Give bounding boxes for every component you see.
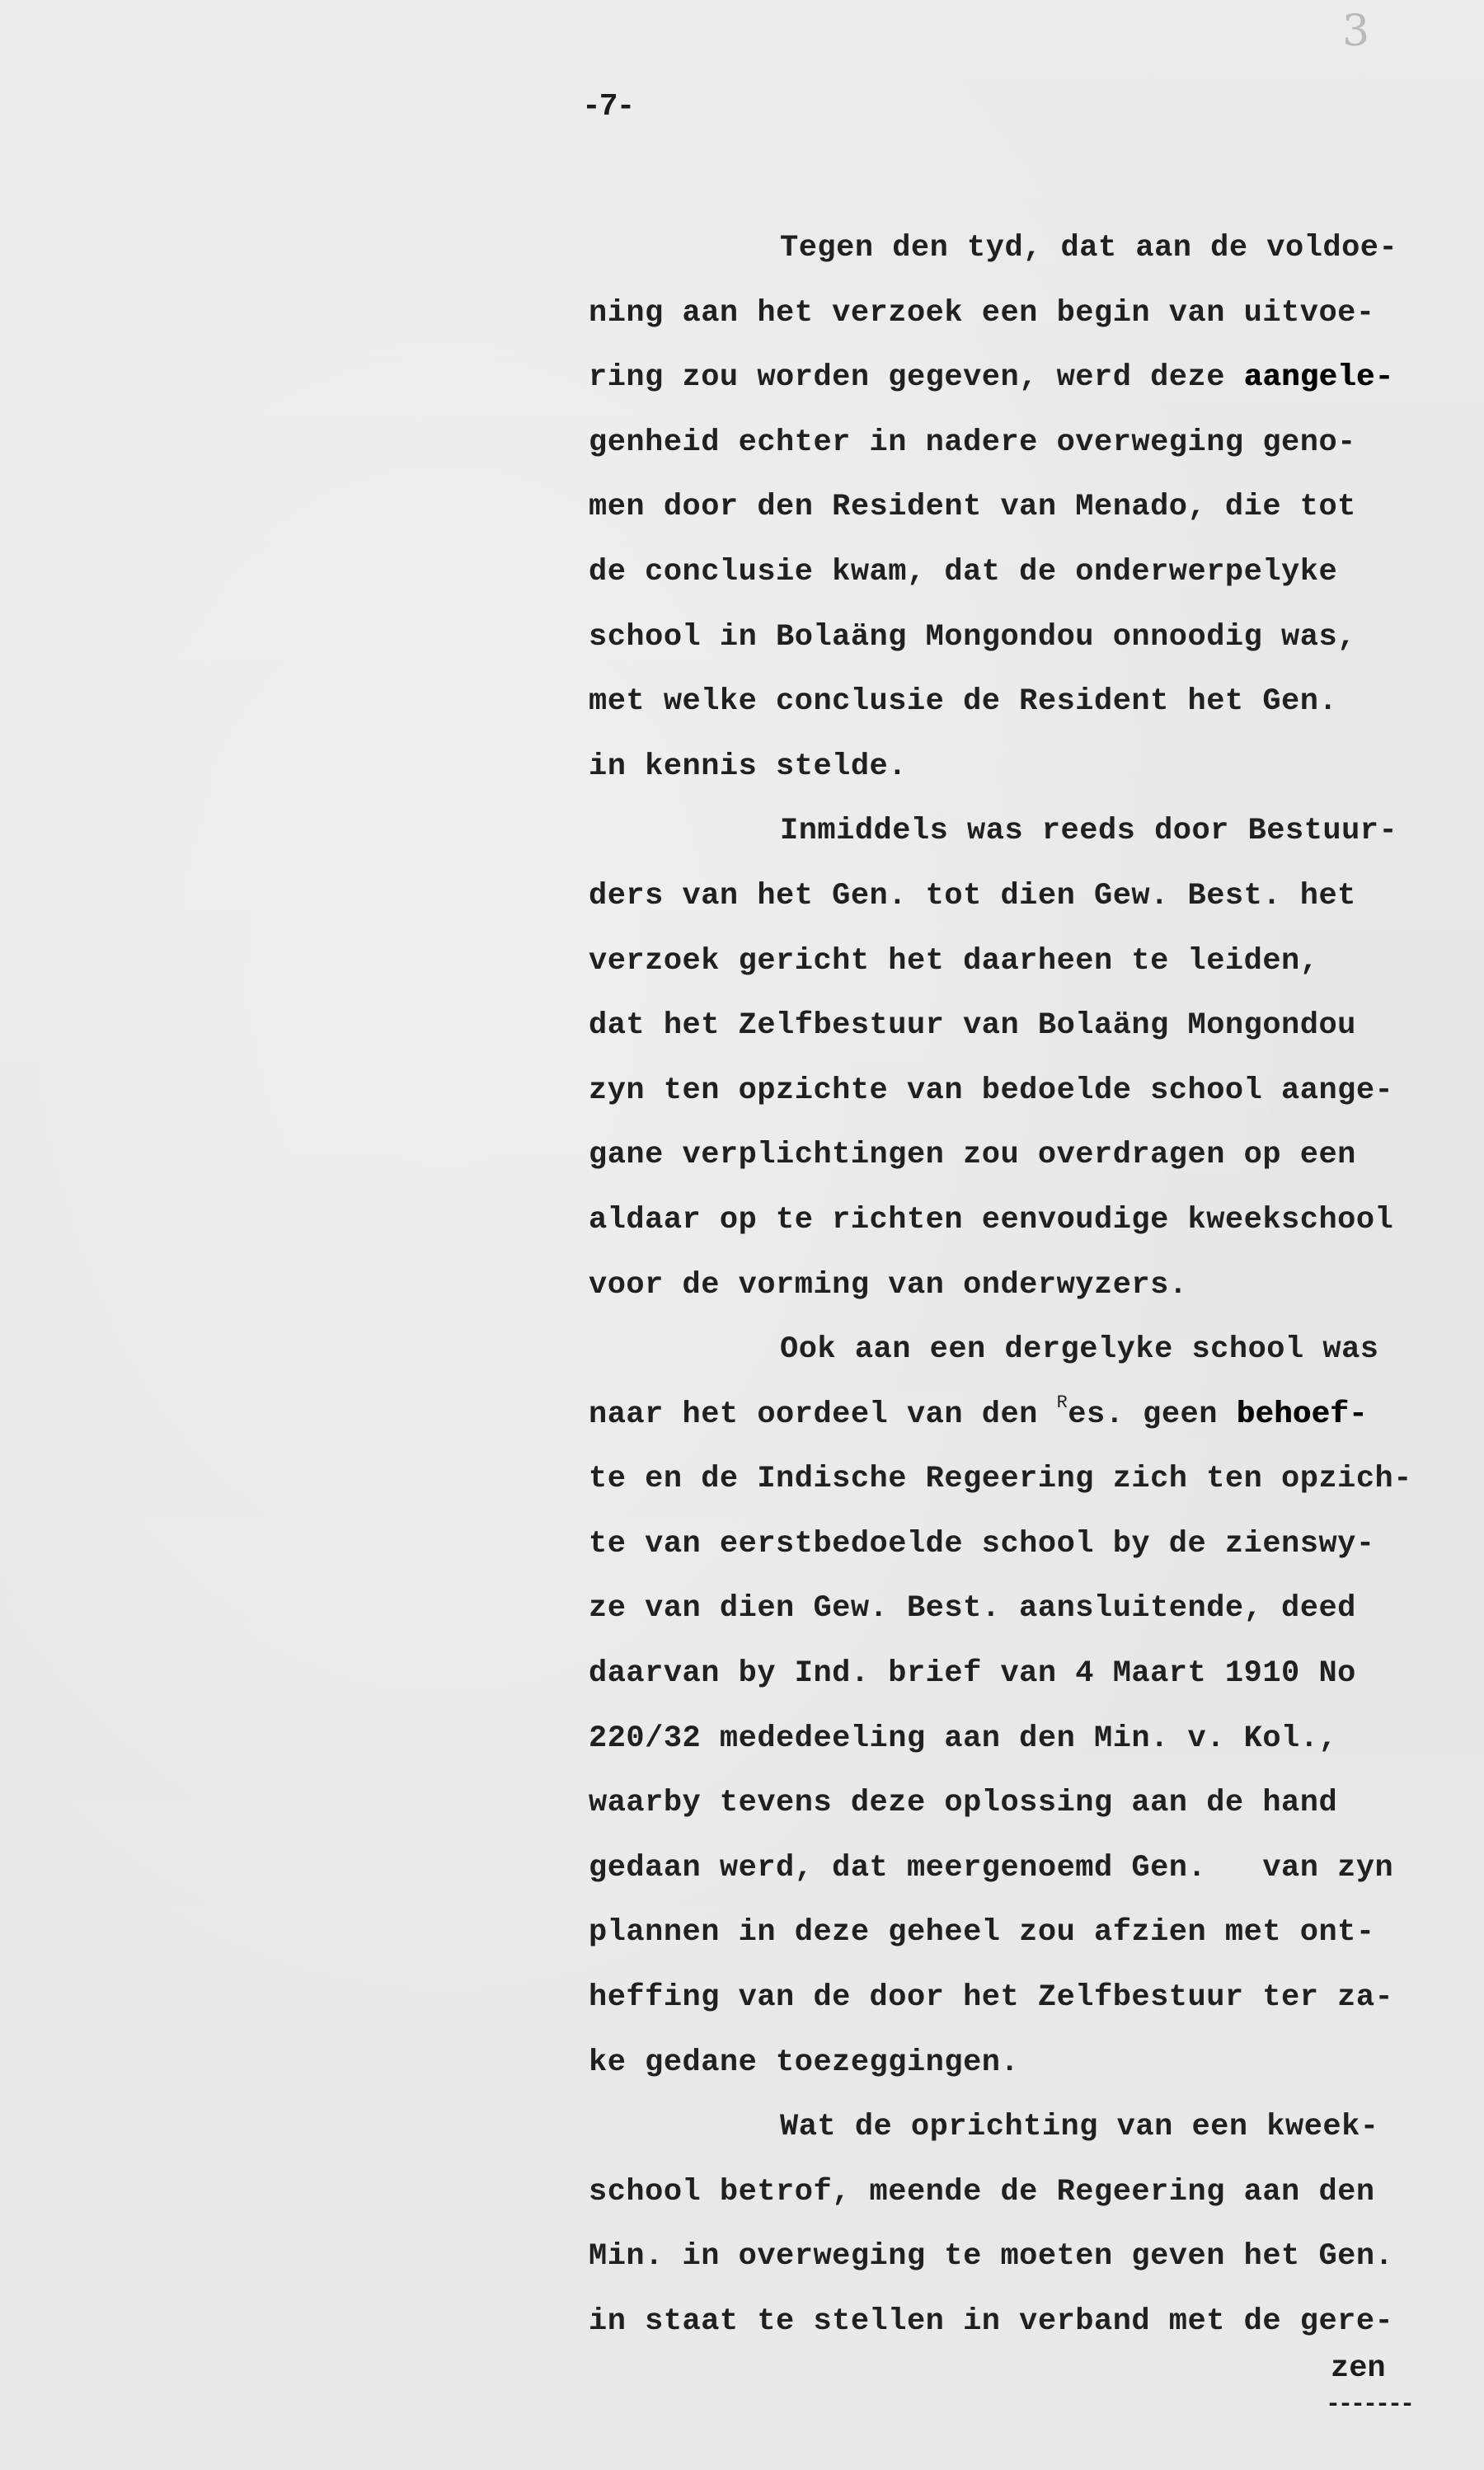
text-line: daarvan by Ind. brief van 4 Maart 1910 N… bbox=[589, 1641, 1479, 1707]
text-line: ning aan het verzoek een begin van uitvo… bbox=[589, 281, 1479, 346]
text-segment: ring zou worden gegeven, werd deze bbox=[589, 360, 1244, 395]
text-line: te en de Indische Regeering zich ten opz… bbox=[589, 1447, 1479, 1512]
text-line: ders van het Gen. tot dien Gew. Best. he… bbox=[589, 864, 1479, 929]
text-line: 220/32 mededeeling aan den Min. v. Kol., bbox=[589, 1707, 1479, 1772]
text-line: aldaar op te richten eenvoudige kweeksch… bbox=[589, 1188, 1479, 1253]
text-line: gane verplichtingen zou overdragen op ee… bbox=[589, 1123, 1479, 1188]
text-line: Inmiddels was reeds door Bestuur- bbox=[589, 799, 1479, 864]
text-line: in kennis stelde. bbox=[589, 735, 1479, 800]
text-line: Tegen den tyd, dat aan de voldoe- bbox=[589, 216, 1479, 281]
text-segment: naar het oordeel van den bbox=[589, 1397, 1057, 1432]
text-line: Wat de oprichting van een kweek- bbox=[589, 2095, 1479, 2160]
text-line: ring zou worden gegeven, werd deze aange… bbox=[589, 345, 1479, 411]
text-line: school betrof, meende de Regeering aan d… bbox=[589, 2160, 1479, 2225]
paragraph-4: Wat de oprichting van een kweek- school … bbox=[589, 2095, 1479, 2354]
text-line: school in Bolaäng Mongondou onnoodig was… bbox=[589, 605, 1479, 670]
typewritten-body: Tegen den tyd, dat aan de voldoe- ning a… bbox=[589, 216, 1479, 2355]
text-line: genheid echter in nadere overweging geno… bbox=[589, 411, 1479, 476]
archive-folio-number: 3 bbox=[1342, 7, 1369, 56]
text-line: men door den Resident van Menado, die to… bbox=[589, 475, 1479, 540]
text-line: Ook aan een dergelyke school was bbox=[589, 1317, 1479, 1383]
text-line: Min. in overweging te moeten geven het G… bbox=[589, 2224, 1479, 2289]
scanned-page: 3 -7- Tegen den tyd, dat aan de voldoe- … bbox=[0, 0, 1484, 2470]
page-number: -7- bbox=[582, 89, 633, 124]
text-line: verzoek gericht het daarheen te leiden, bbox=[589, 929, 1479, 994]
text-line: te van eerstbedoelde school by de ziensw… bbox=[589, 1512, 1479, 1577]
emphasized-word: aangele- bbox=[1244, 360, 1394, 395]
text-segment: es. bbox=[1068, 1397, 1124, 1432]
text-line: met welke conclusie de Resident het Gen. bbox=[589, 669, 1479, 735]
text-line: plannen in deze geheel zou afzien met on… bbox=[589, 1900, 1479, 1965]
end-rule: ------- bbox=[1326, 2391, 1412, 2419]
text-line: ke gedane toezeggingen. bbox=[589, 2031, 1479, 2096]
text-line: naar het oordeel van den Res. geen behoe… bbox=[589, 1383, 1479, 1448]
text-line: ze van dien Gew. Best. aansluitende, dee… bbox=[589, 1576, 1479, 1641]
text-line: dat het Zelfbestuur van Bolaäng Mongondo… bbox=[589, 993, 1479, 1059]
text-line: in staat te stellen in verband met de ge… bbox=[589, 2289, 1479, 2355]
text-line: zyn ten opzichte van bedoelde school aan… bbox=[589, 1059, 1479, 1124]
text-line: waarby tevens deze oplossing aan de hand bbox=[589, 1771, 1479, 1836]
text-line: voor de vorming van onderwyzers. bbox=[589, 1253, 1479, 1318]
handwritten-correction: R bbox=[1057, 1392, 1068, 1413]
paragraph-2: Inmiddels was reeds door Bestuur- ders v… bbox=[589, 799, 1479, 1317]
text-line: gedaan werd, dat meergenoemd Gen. van zy… bbox=[589, 1836, 1479, 1901]
catchword: zen bbox=[1331, 2351, 1386, 2386]
text-segment: geen bbox=[1124, 1397, 1236, 1432]
text-line: heffing van de door het Zelfbestuur ter … bbox=[589, 1965, 1479, 2031]
emphasized-word: behoef- bbox=[1237, 1397, 1368, 1432]
text-line: de conclusie kwam, dat de onderwerpelyke bbox=[589, 540, 1479, 605]
paragraph-1: Tegen den tyd, dat aan de voldoe- ning a… bbox=[589, 216, 1479, 799]
paragraph-3: Ook aan een dergelyke school was naar he… bbox=[589, 1317, 1479, 2095]
